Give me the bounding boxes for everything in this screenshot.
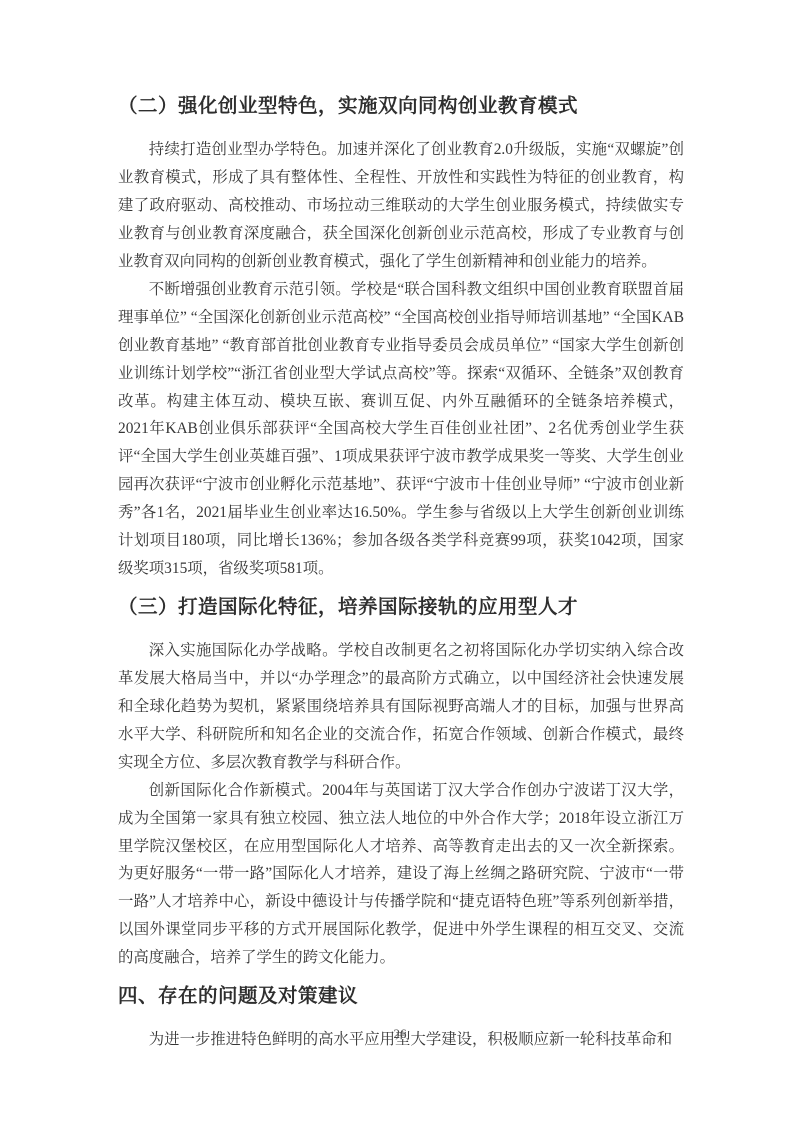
document-page: （二）强化创业型特色，实施双向同构创业教育模式 持续打造创业型办学特色。加速并深… xyxy=(0,0,800,1139)
paragraph-internationalization-1: 深入实施国际化办学战略。学校自改制更名之初将国际化办学切实纳入综合改革发展大格局… xyxy=(118,637,684,777)
section-heading-internationalization: （三）打造国际化特征，培养国际接轨的应用型人才 xyxy=(118,595,684,620)
paragraph-entrepreneurship-1: 持续打造创业型办学特色。加速并深化了创业教育2.0升级版，实施“双螺旋”创业教育… xyxy=(118,136,684,276)
page-content: （二）强化创业型特色，实施双向同构创业教育模式 持续打造创业型办学特色。加速并深… xyxy=(118,94,684,1054)
page-number: 26 xyxy=(0,1026,800,1042)
paragraph-internationalization-2: 创新国际化合作新模式。2004年与英国诺丁汉大学合作创办宁波诺丁汉大学，成为全国… xyxy=(118,777,684,972)
section-heading-problems-suggestions: 四、存在的问题及对策建议 xyxy=(118,984,684,1009)
paragraph-entrepreneurship-2: 不断增强创业教育示范引领。学校是“联合国科教文组织中国创业教育联盟首届理事单位”… xyxy=(118,276,684,583)
section-heading-entrepreneurship: （二）强化创业型特色，实施双向同构创业教育模式 xyxy=(118,94,684,119)
